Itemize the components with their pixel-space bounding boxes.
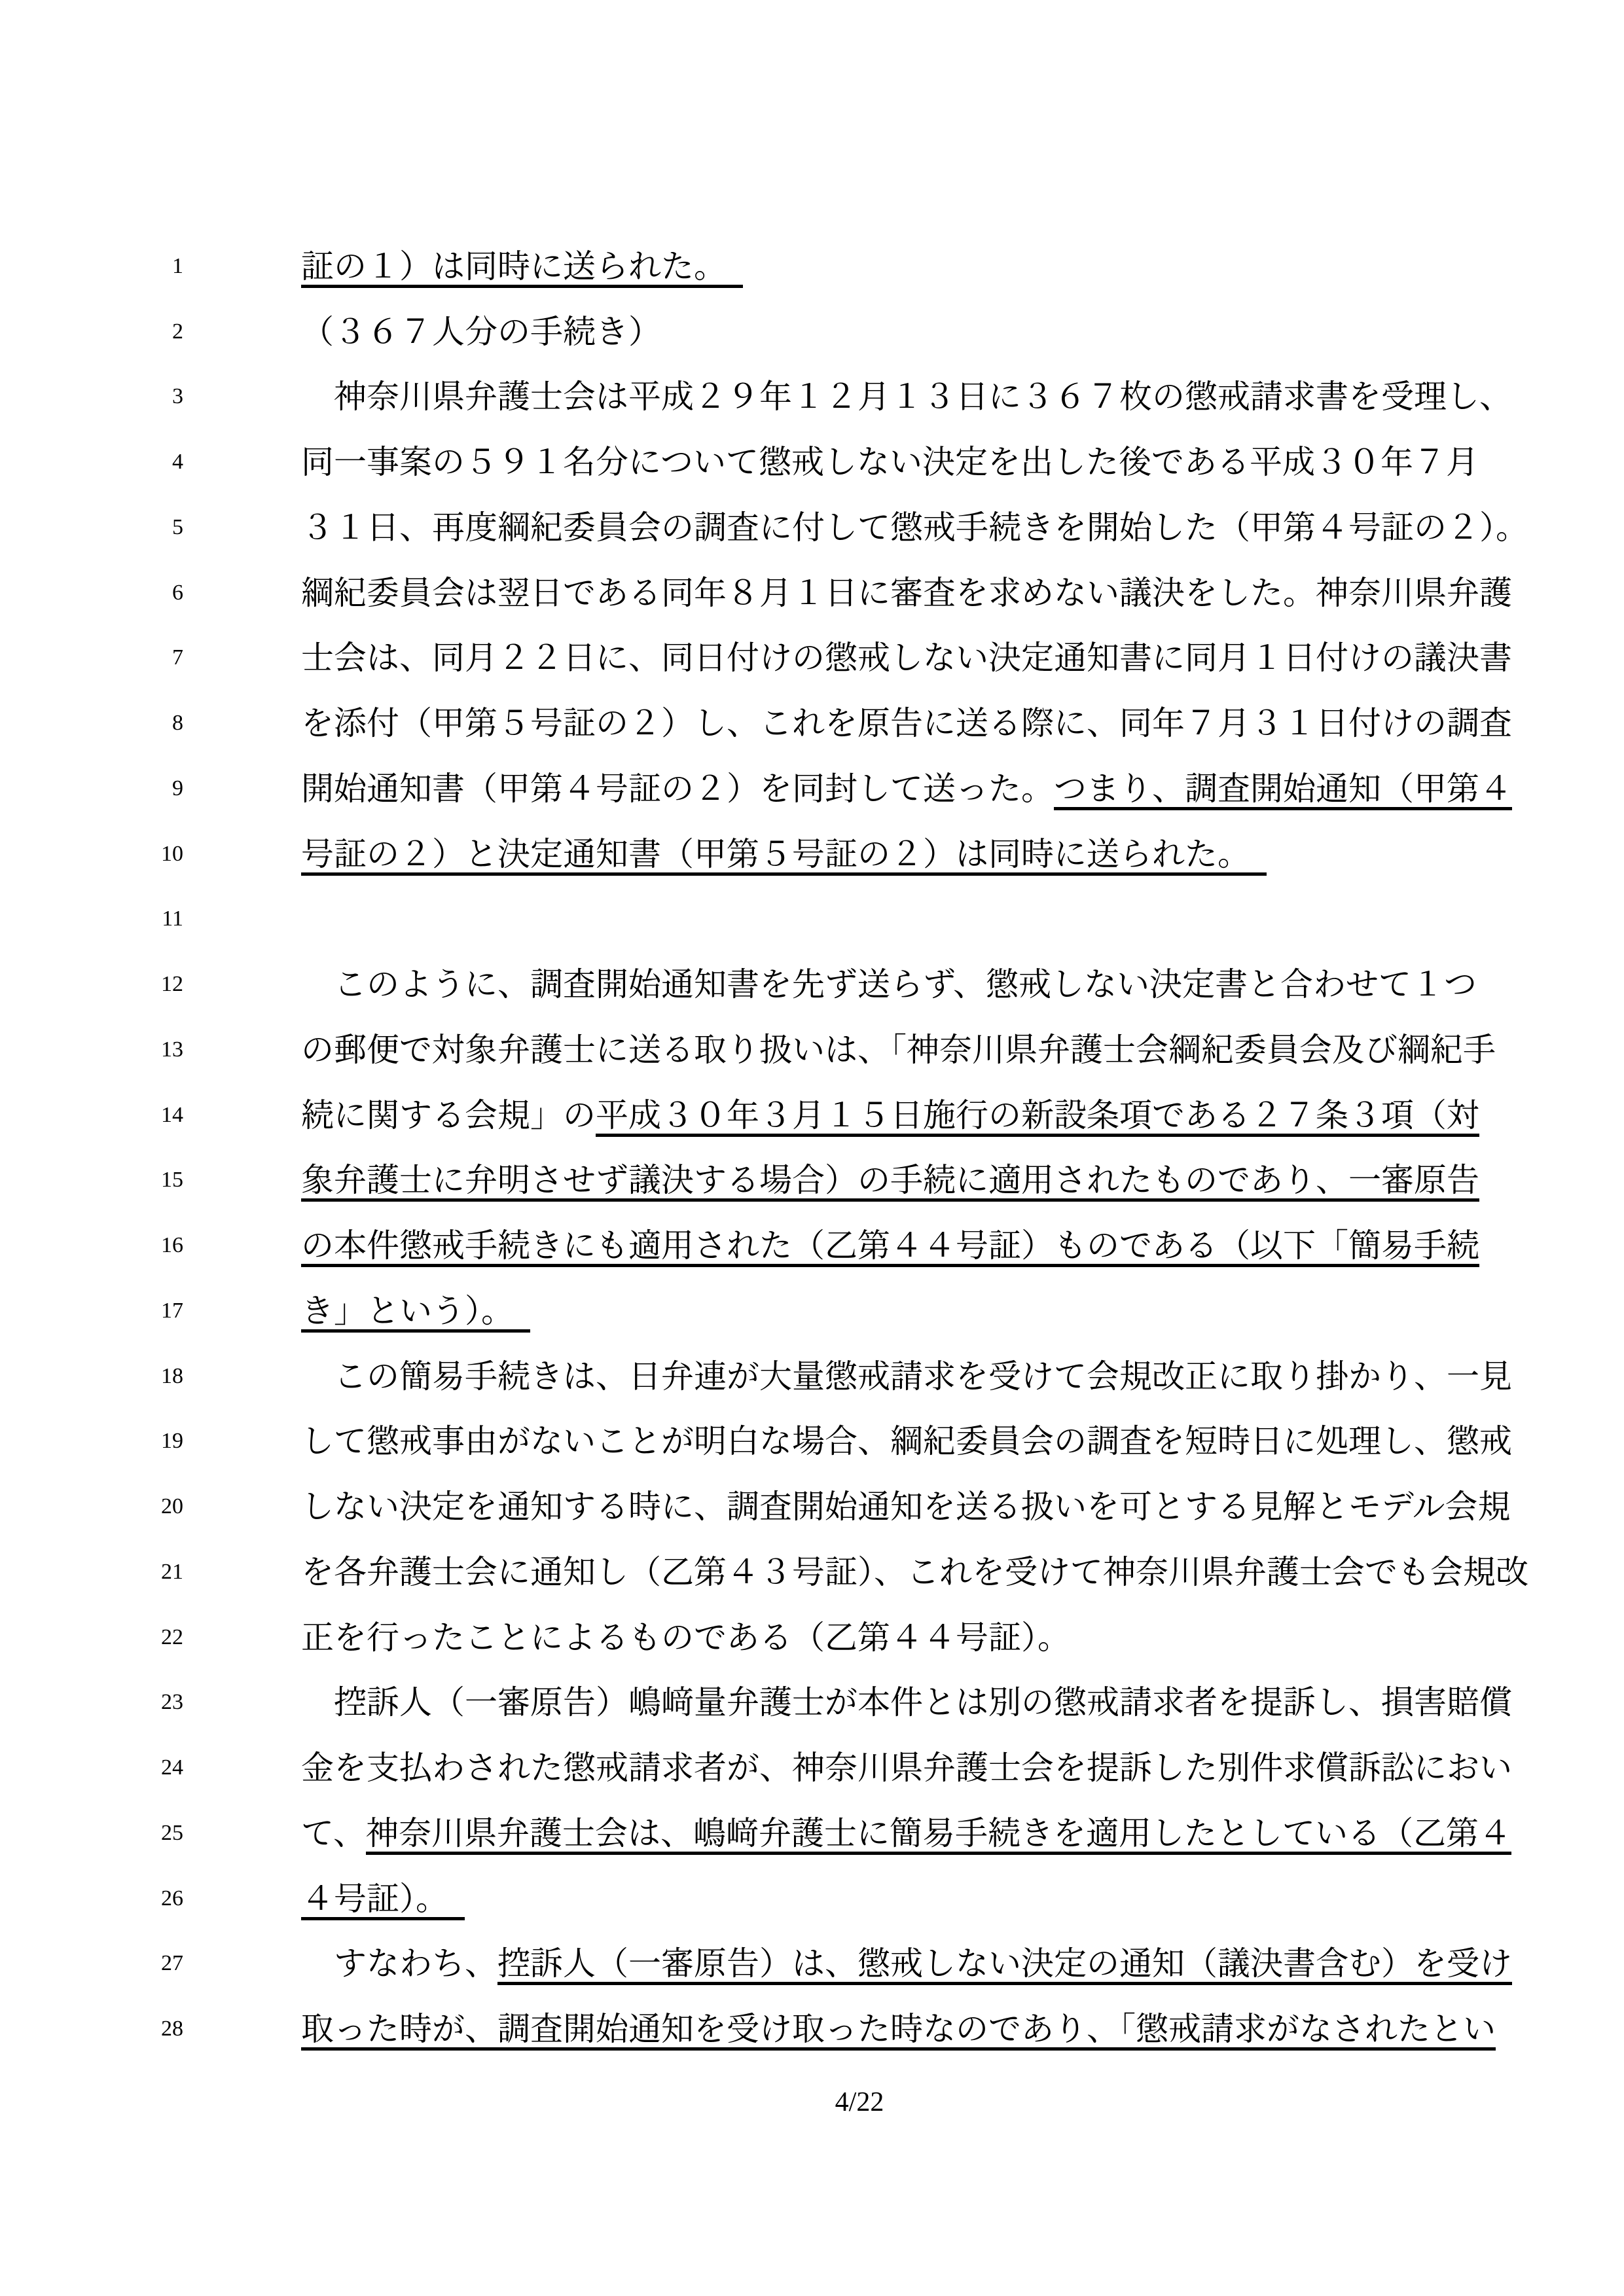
line-number: 27 (118, 1951, 183, 1976)
line-text-underlined: 証の１）は同時に送られた。 (301, 248, 743, 285)
document-line: 25て、神奈川県弁護士会は、嶋﨑弁護士に簡易手続きを適用したとしている（乙第４ (0, 1801, 1624, 1866)
line-text-plain: 同一事案の５９１名分について懲戒しない決定を出した後である平成３０年７月 (301, 444, 1479, 480)
document-line: 21を各弁護士会に通知し（乙第４３号証）、これを受けて神奈川県弁護士会でも会規改 (0, 1539, 1624, 1605)
line-text-plain: （３６７人分の手続き） (301, 314, 661, 350)
line-number: 15 (118, 1168, 183, 1193)
line-text-underlined: ４号証）。 (301, 1880, 465, 1917)
line-number: 7 (118, 645, 183, 670)
line-text-plain: を添付（甲第５号証の２）し、これを原告に送る際に、同年７月３１日付けの調査 (301, 705, 1512, 742)
line-text: 正を行ったことによるものである（乙第４４号証）。 (301, 1618, 1070, 1657)
page-number: 4/22 (835, 2087, 884, 2118)
document-line: 19して懲戒事由がないことが明白な場合、綱紀委員会の調査を短時日に処理し、懲戒 (0, 1409, 1624, 1475)
line-text-plain: このように、調査開始通知書を先ず送らず、懲戒しない決定書と合わせて１つ (301, 966, 1477, 1003)
line-number: 8 (118, 711, 183, 736)
document-line: 17き」という）。 (0, 1278, 1624, 1344)
line-text: を各弁護士会に通知し（乙第４３号証）、これを受けて神奈川県弁護士会でも会規改 (301, 1552, 1528, 1592)
line-text: 神奈川県弁護士会は平成２９年１２月１３日に３６７枚の懲戒請求書を受理し、 (301, 377, 1512, 416)
line-text: き」という）。 (301, 1291, 530, 1331)
line-number: 5 (118, 515, 183, 540)
line-number: 18 (118, 1364, 183, 1389)
line-text: この簡易手続きは、日弁連が大量懲戒請求を受けて会規改正に取り掛かり、一見 (301, 1357, 1512, 1396)
line-text-underlined: の本件懲戒手続きにも適用された（乙第４４号証）ものである（以下「簡易手続 (301, 1227, 1479, 1264)
document-line: 4同一事案の５９１名分について懲戒しない決定を出した後である平成３０年７月 (0, 429, 1624, 495)
line-text-underlined: 取った時が、調査開始通知を受け取った時なのであり、「懲戒請求がなされたとい (301, 2011, 1496, 2047)
document-line: 18 この簡易手続きは、日弁連が大量懲戒請求を受けて会規改正に取り掛かり、一見 (0, 1344, 1624, 1409)
line-text-plain: 正を行ったことによるものである（乙第４４号証）。 (301, 1619, 1070, 1656)
line-text-plain: すなわち、 (301, 1945, 497, 1982)
line-text-plain: の郵便で対象弁護士に送る取り扱いは、「神奈川県弁護士会綱紀委員会及び綱紀手 (301, 1031, 1496, 1068)
document-line: 22正を行ったことによるものである（乙第４４号証）。 (0, 1605, 1624, 1670)
line-text: 綱紀委員会は翌日である同年８月１日に審査を求めない議決をした。神奈川県弁護 (301, 573, 1512, 613)
line-text-plain: この簡易手続きは、日弁連が大量懲戒請求を受けて会規改正に取り掛かり、一見 (301, 1358, 1512, 1395)
document-line: 10号証の２）と決定通知書（甲第５号証の２）は同時に送られた。 (0, 821, 1624, 887)
line-text: を添付（甲第５号証の２）し、これを原告に送る際に、同年７月３１日付けの調査 (301, 704, 1512, 743)
document-line: 23 控訴人（一審原告）嶋﨑量弁護士が本件とは別の懲戒請求者を提訴し、損害賠償 (0, 1670, 1624, 1736)
document-line: 15象弁護士に弁明させず議決する場合）の手続に適用されたものであり、一審原告 (0, 1148, 1624, 1213)
document-body: 1証の１）は同時に送られた。 2（３６７人分の手続き）3 神奈川県弁護士会は平成… (0, 234, 1624, 2062)
document-line: 7士会は、同月２２日に、同日付けの懲戒しない決定通知書に同月１日付けの議決書 (0, 626, 1624, 691)
line-number: 22 (118, 1625, 183, 1650)
line-number: 11 (118, 906, 183, 931)
line-number: 21 (118, 1560, 183, 1585)
line-number: 2 (118, 319, 183, 344)
document-line: 2（３６７人分の手続き） (0, 299, 1624, 365)
document-line: 13の郵便で対象弁護士に送る取り扱いは、「神奈川県弁護士会綱紀委員会及び綱紀手 (0, 1017, 1624, 1083)
line-text: 金を支払わされた懲戒請求者が、神奈川県弁護士会を提訴した別件求償訴訟におい (301, 1748, 1512, 1787)
line-text-plain: 金を支払わされた懲戒請求者が、神奈川県弁護士会を提訴した別件求償訴訟におい (301, 1749, 1512, 1786)
document-line: 26４号証）。 (0, 1866, 1624, 1931)
line-text-plain: 士会は、同月２２日に、同日付けの懲戒しない決定通知書に同月１日付けの議決書 (301, 639, 1512, 676)
document-line: 12 このように、調査開始通知書を先ず送らず、懲戒しない決定書と合わせて１つ (0, 952, 1624, 1017)
line-text-plain: 綱紀委員会は翌日である同年８月１日に審査を求めない議決をした。神奈川県弁護 (301, 575, 1512, 611)
line-number: 19 (118, 1429, 183, 1454)
line-number: 6 (118, 581, 183, 605)
line-text-plain: 開始通知書（甲第４号証の２）を同封して送った。 (301, 770, 1054, 807)
line-text-underlined: 平成３０年３月１５日施行の新設条項である２７条３項（対 (596, 1097, 1479, 1134)
line-number: 25 (118, 1821, 183, 1846)
line-number: 28 (118, 2017, 183, 2041)
document-line: 27 すなわち、控訴人（一審原告）は、懲戒しない決定の通知（議決書含む）を受け (0, 1931, 1624, 1997)
line-number: 26 (118, 1886, 183, 1911)
line-text-plain: して懲戒事由がないことが明白な場合、綱紀委員会の調査を短時日に処理し、懲戒 (301, 1423, 1512, 1460)
line-text-underlined: 控訴人（一審原告）は、懲戒しない決定の通知（議決書含む）を受け (497, 1945, 1512, 1982)
line-text-underlined: き」という）。 (301, 1293, 530, 1329)
document-line: 1証の１）は同時に送られた。 (0, 234, 1624, 299)
line-number: 12 (118, 972, 183, 997)
line-number: 24 (118, 1755, 183, 1780)
line-text: 同一事案の５９１名分について懲戒しない決定を出した後である平成３０年７月 (301, 442, 1479, 482)
document-line: 28取った時が、調査開始通知を受け取った時なのであり、「懲戒請求がなされたとい (0, 1996, 1624, 2062)
line-text: 号証の２）と決定通知書（甲第５号証の２）は同時に送られた。 (301, 834, 1267, 874)
line-number: 9 (118, 776, 183, 801)
document-line: 24金を支払わされた懲戒請求者が、神奈川県弁護士会を提訴した別件求償訴訟におい (0, 1735, 1624, 1801)
line-text-underlined: 号証の２）と決定通知書（甲第５号証の２）は同時に送られた。 (301, 836, 1267, 872)
line-text: 開始通知書（甲第４号証の２）を同封して送った。つまり、調査開始通知（甲第４ (301, 769, 1512, 808)
line-text: 取った時が、調査開始通知を受け取った時なのであり、「懲戒請求がなされたとい (301, 2009, 1496, 2049)
line-number: 14 (118, 1103, 183, 1128)
line-text-plain: ３１日、再度綱紀委員会の調査に付して懲戒手続きを開始した（甲第４号証の２）。 (301, 509, 1528, 546)
line-text: しない決定を通知する時に、調査開始通知を送る扱いを可とする見解とモデル会規 (301, 1487, 1511, 1526)
document-line: 3 神奈川県弁護士会は平成２９年１２月１３日に３６７枚の懲戒請求書を受理し、 (0, 365, 1624, 430)
line-text-plain: 控訴人（一審原告）嶋﨑量弁護士が本件とは別の懲戒請求者を提訴し、損害賠償 (301, 1684, 1512, 1721)
line-text: 続に関する会規」の平成３０年３月１５日施行の新設条項である２７条３項（対 (301, 1096, 1479, 1135)
line-text: 控訴人（一審原告）嶋﨑量弁護士が本件とは別の懲戒請求者を提訴し、損害賠償 (301, 1683, 1512, 1722)
line-text: して懲戒事由がないことが明白な場合、綱紀委員会の調査を短時日に処理し、懲戒 (301, 1422, 1512, 1461)
line-number: 10 (118, 842, 183, 867)
document-line: 6綱紀委員会は翌日である同年８月１日に審査を求めない議決をした。神奈川県弁護 (0, 560, 1624, 626)
line-text-plain: を各弁護士会に通知し（乙第４３号証）、これを受けて神奈川県弁護士会でも会規改 (301, 1554, 1528, 1590)
document-line: 11 (0, 887, 1624, 952)
line-text: （３６７人分の手続き） (301, 312, 661, 351)
line-text: すなわち、控訴人（一審原告）は、懲戒しない決定の通知（議決書含む）を受け (301, 1944, 1512, 1983)
line-number: 3 (118, 384, 183, 409)
line-text: 象弁護士に弁明させず議決する場合）の手続に適用されたものであり、一審原告 (301, 1160, 1479, 1200)
line-number: 1 (118, 254, 183, 279)
line-text-underlined: つまり、調査開始通知（甲第４ (1054, 770, 1512, 807)
line-text-underlined: 象弁護士に弁明させず議決する場合）の手続に適用されたものであり、一審原告 (301, 1162, 1479, 1198)
line-text-plain: しない決定を通知する時に、調査開始通知を送る扱いを可とする見解とモデル会規 (301, 1488, 1511, 1525)
line-text: ３１日、再度綱紀委員会の調査に付して懲戒手続きを開始した（甲第４号証の２）。 (301, 508, 1528, 547)
document-page: 1証の１）は同時に送られた。 2（３６７人分の手続き）3 神奈川県弁護士会は平成… (0, 0, 1624, 2296)
line-text: の本件懲戒手続きにも適用された（乙第４４号証）ものである（以下「簡易手続 (301, 1226, 1479, 1265)
line-text: ４号証）。 (301, 1879, 465, 1918)
line-text-plain: 神奈川県弁護士会は平成２９年１２月１３日に３６７枚の懲戒請求書を受理し、 (301, 378, 1512, 415)
line-number: 16 (118, 1233, 183, 1258)
line-text: の郵便で対象弁護士に送る取り扱いは、「神奈川県弁護士会綱紀委員会及び綱紀手 (301, 1030, 1496, 1069)
line-text-underlined: 神奈川県弁護士会は、嶋﨑弁護士に簡易手続きを適用したとしている（乙第４ (366, 1815, 1511, 1852)
line-text: 証の１）は同時に送られた。 (301, 247, 743, 286)
line-number: 4 (118, 450, 183, 475)
document-line: 8を添付（甲第５号証の２）し、これを原告に送る際に、同年７月３１日付けの調査 (0, 691, 1624, 756)
document-line: 14続に関する会規」の平成３０年３月１５日施行の新設条項である２７条３項（対 (0, 1083, 1624, 1148)
document-line: 5３１日、再度綱紀委員会の調査に付して懲戒手続きを開始した（甲第４号証の２）。 (0, 495, 1624, 560)
line-text-plain: て、 (301, 1815, 366, 1852)
line-number: 23 (118, 1690, 183, 1715)
line-number: 20 (118, 1494, 183, 1519)
line-text: 士会は、同月２２日に、同日付けの懲戒しない決定通知書に同月１日付けの議決書 (301, 638, 1512, 677)
line-text: て、神奈川県弁護士会は、嶋﨑弁護士に簡易手続きを適用したとしている（乙第４ (301, 1814, 1511, 1853)
line-text: このように、調査開始通知書を先ず送らず、懲戒しない決定書と合わせて１つ (301, 965, 1477, 1004)
document-line: 9開始通知書（甲第４号証の２）を同封して送った。つまり、調査開始通知（甲第４ (0, 756, 1624, 821)
document-line: 20しない決定を通知する時に、調査開始通知を送る扱いを可とする見解とモデル会規 (0, 1474, 1624, 1539)
line-number: 17 (118, 1299, 183, 1323)
line-number: 13 (118, 1037, 183, 1062)
line-text-plain: 続に関する会規」の (301, 1097, 596, 1134)
document-line: 16の本件懲戒手続きにも適用された（乙第４４号証）ものである（以下「簡易手続 (0, 1213, 1624, 1278)
